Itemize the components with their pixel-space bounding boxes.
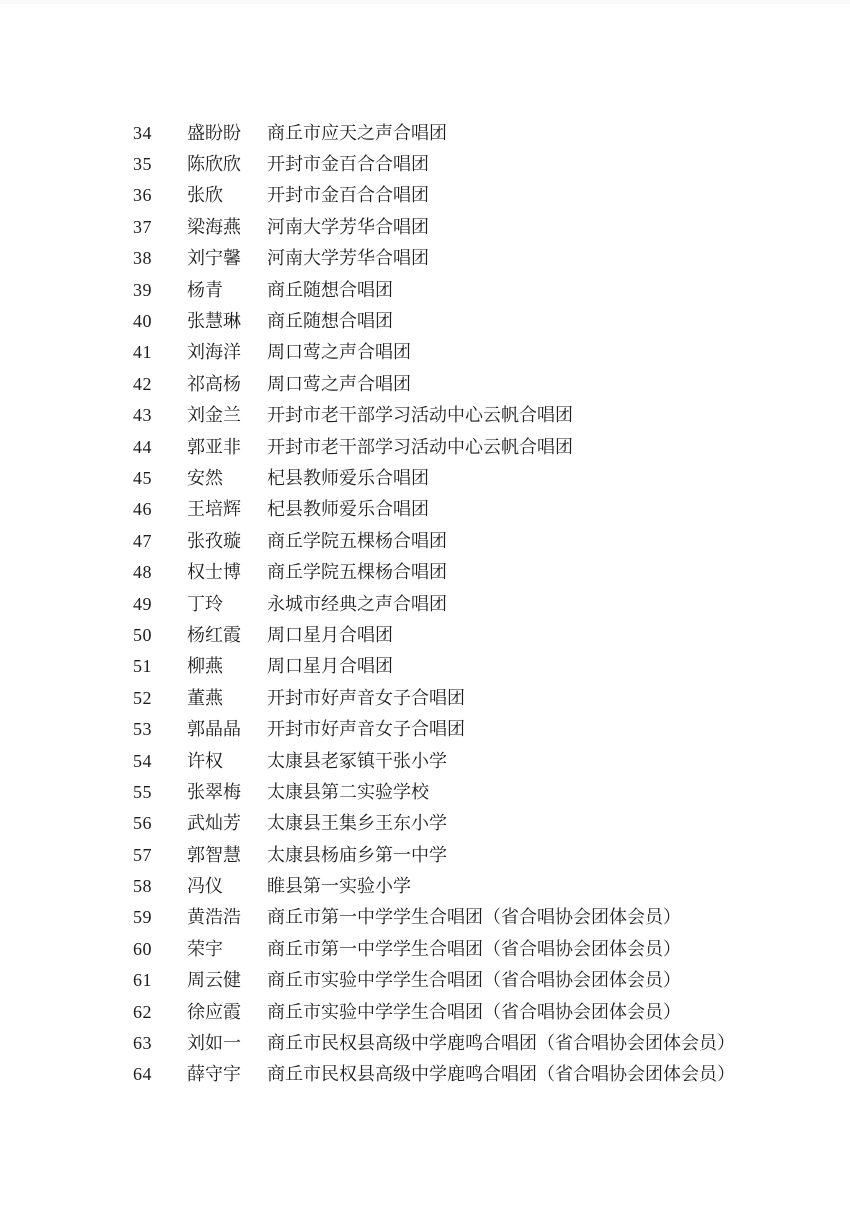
row-number: 58	[133, 877, 187, 895]
roster-row: 48 权士博 商丘学院五棵杨合唱团	[133, 556, 820, 587]
row-name: 荣宇	[187, 940, 267, 958]
roster-row: 47 张孜璇 商丘学院五棵杨合唱团	[133, 525, 820, 556]
roster-row: 59 黄浩浩 商丘市第一中学学生合唱团（省合唱协会团体会员）	[133, 902, 820, 933]
row-number: 45	[133, 469, 187, 487]
row-organization: 开封市金百合合唱团	[267, 186, 820, 204]
row-number: 41	[133, 343, 187, 361]
row-number: 51	[133, 657, 187, 675]
row-organization: 河南大学芳华合唱团	[267, 218, 820, 236]
row-number: 49	[133, 595, 187, 613]
row-organization: 开封市金百合合唱团	[267, 155, 820, 173]
document-page: 34 盛盼盼 商丘市应天之声合唱团 35 陈欣欣 开封市金百合合唱团 36 张欣…	[0, 0, 850, 1227]
row-organization: 商丘市第一中学学生合唱团（省合唱协会团体会员）	[267, 908, 820, 926]
roster-row: 36 张欣 开封市金百合合唱团	[133, 180, 820, 211]
row-number: 37	[133, 218, 187, 236]
row-name: 张慧琳	[187, 312, 267, 330]
row-organization: 商丘学院五棵杨合唱团	[267, 563, 820, 581]
row-name: 郭智慧	[187, 846, 267, 864]
row-organization: 睢县第一实验小学	[267, 877, 820, 895]
row-name: 薛守宇	[187, 1065, 267, 1083]
row-organization: 商丘随想合唱团	[267, 312, 820, 330]
roster-row: 38 刘宁馨 河南大学芳华合唱团	[133, 243, 820, 274]
row-organization: 周口莺之声合唱团	[267, 375, 820, 393]
row-organization: 河南大学芳华合唱团	[267, 249, 820, 267]
row-name: 祁高杨	[187, 375, 267, 393]
roster-row: 50 杨红霞 周口星月合唱团	[133, 619, 820, 650]
roster-list: 34 盛盼盼 商丘市应天之声合唱团 35 陈欣欣 开封市金百合合唱团 36 张欣…	[133, 117, 820, 1090]
roster-row: 57 郭智慧 太康县杨庙乡第一中学	[133, 839, 820, 870]
roster-row: 41 刘海洋 周口莺之声合唱团	[133, 337, 820, 368]
row-organization: 开封市好声音女子合唱团	[267, 689, 820, 707]
row-number: 52	[133, 689, 187, 707]
row-organization: 太康县第二实验学校	[267, 783, 820, 801]
row-number: 61	[133, 971, 187, 989]
row-organization: 太康县老冢镇干张小学	[267, 752, 820, 770]
roster-row: 39 杨青 商丘随想合唱团	[133, 274, 820, 305]
row-number: 38	[133, 249, 187, 267]
row-number: 50	[133, 626, 187, 644]
row-name: 权士博	[187, 563, 267, 581]
row-number: 56	[133, 814, 187, 832]
roster-row: 61 周云健 商丘市实验中学学生合唱团（省合唱协会团体会员）	[133, 965, 820, 996]
row-name: 冯仪	[187, 877, 267, 895]
roster-row: 56 武灿芳 太康县王集乡王东小学	[133, 808, 820, 839]
row-name: 柳燕	[187, 657, 267, 675]
roster-row: 34 盛盼盼 商丘市应天之声合唱团	[133, 117, 820, 148]
row-name: 郭晶晶	[187, 720, 267, 738]
row-organization: 商丘学院五棵杨合唱团	[267, 532, 820, 550]
row-number: 34	[133, 124, 187, 142]
roster-row: 62 徐应霞 商丘市实验中学学生合唱团（省合唱协会团体会员）	[133, 996, 820, 1027]
roster-row: 37 梁海燕 河南大学芳华合唱团	[133, 211, 820, 242]
row-number: 55	[133, 783, 187, 801]
row-organization: 杞县教师爱乐合唱团	[267, 469, 820, 487]
roster-row: 43 刘金兰 开封市老干部学习活动中心云帆合唱团	[133, 400, 820, 431]
roster-row: 49 丁玲 永城市经典之声合唱团	[133, 588, 820, 619]
row-organization: 周口星月合唱团	[267, 657, 820, 675]
row-number: 64	[133, 1065, 187, 1083]
row-number: 42	[133, 375, 187, 393]
roster-row: 54 许权 太康县老冢镇干张小学	[133, 745, 820, 776]
row-number: 39	[133, 281, 187, 299]
row-name: 刘海洋	[187, 343, 267, 361]
row-organization: 商丘市实验中学学生合唱团（省合唱协会团体会员）	[267, 1003, 820, 1021]
roster-row: 52 董燕 开封市好声音女子合唱团	[133, 682, 820, 713]
roster-row: 45 安然 杞县教师爱乐合唱团	[133, 462, 820, 493]
roster-row: 51 柳燕 周口星月合唱团	[133, 651, 820, 682]
row-name: 郭亚非	[187, 438, 267, 456]
row-name: 黄浩浩	[187, 908, 267, 926]
row-name: 张欣	[187, 186, 267, 204]
row-number: 43	[133, 406, 187, 424]
row-name: 许权	[187, 752, 267, 770]
row-name: 张孜璇	[187, 532, 267, 550]
roster-row: 44 郭亚非 开封市老干部学习活动中心云帆合唱团	[133, 431, 820, 462]
row-organization: 太康县杨庙乡第一中学	[267, 846, 820, 864]
row-organization: 周口星月合唱团	[267, 626, 820, 644]
row-organization: 开封市老干部学习活动中心云帆合唱团	[267, 438, 820, 456]
row-number: 57	[133, 846, 187, 864]
row-organization: 商丘随想合唱团	[267, 281, 820, 299]
row-number: 53	[133, 720, 187, 738]
row-name: 梁海燕	[187, 218, 267, 236]
roster-row: 60 荣宇 商丘市第一中学学生合唱团（省合唱协会团体会员）	[133, 933, 820, 964]
row-name: 武灿芳	[187, 814, 267, 832]
row-name: 刘宁馨	[187, 249, 267, 267]
row-name: 周云健	[187, 971, 267, 989]
row-name: 陈欣欣	[187, 155, 267, 173]
row-name: 王培辉	[187, 500, 267, 518]
row-organization: 周口莺之声合唱团	[267, 343, 820, 361]
row-organization: 商丘市民权县高级中学鹿鸣合唱团（省合唱协会团体会员）	[267, 1034, 820, 1052]
row-name: 张翠梅	[187, 783, 267, 801]
row-organization: 商丘市实验中学学生合唱团（省合唱协会团体会员）	[267, 971, 820, 989]
row-organization: 太康县王集乡王东小学	[267, 814, 820, 832]
row-number: 47	[133, 532, 187, 550]
row-organization: 开封市好声音女子合唱团	[267, 720, 820, 738]
row-name: 刘如一	[187, 1034, 267, 1052]
row-name: 杨红霞	[187, 626, 267, 644]
row-number: 46	[133, 500, 187, 518]
row-name: 丁玲	[187, 595, 267, 613]
roster-row: 53 郭晶晶 开封市好声音女子合唱团	[133, 713, 820, 744]
row-organization: 商丘市应天之声合唱团	[267, 124, 820, 142]
roster-row: 63 刘如一 商丘市民权县高级中学鹿鸣合唱团（省合唱协会团体会员）	[133, 1027, 820, 1058]
row-organization: 永城市经典之声合唱团	[267, 595, 820, 613]
row-name: 徐应霞	[187, 1003, 267, 1021]
row-number: 62	[133, 1003, 187, 1021]
row-name: 杨青	[187, 281, 267, 299]
row-number: 36	[133, 186, 187, 204]
roster-row: 58 冯仪 睢县第一实验小学	[133, 870, 820, 901]
row-number: 40	[133, 312, 187, 330]
row-number: 54	[133, 752, 187, 770]
row-organization: 商丘市第一中学学生合唱团（省合唱协会团体会员）	[267, 940, 820, 958]
row-number: 44	[133, 438, 187, 456]
roster-row: 46 王培辉 杞县教师爱乐合唱团	[133, 494, 820, 525]
roster-row: 35 陈欣欣 开封市金百合合唱团	[133, 148, 820, 179]
page-top-edge	[0, 0, 850, 4]
row-organization: 开封市老干部学习活动中心云帆合唱团	[267, 406, 820, 424]
roster-row: 40 张慧琳 商丘随想合唱团	[133, 305, 820, 336]
roster-row: 42 祁高杨 周口莺之声合唱团	[133, 368, 820, 399]
row-organization: 商丘市民权县高级中学鹿鸣合唱团（省合唱协会团体会员）	[267, 1065, 820, 1083]
row-number: 59	[133, 908, 187, 926]
row-name: 董燕	[187, 689, 267, 707]
row-number: 60	[133, 940, 187, 958]
row-number: 48	[133, 563, 187, 581]
row-number: 35	[133, 155, 187, 173]
roster-row: 64 薛守宇 商丘市民权县高级中学鹿鸣合唱团（省合唱协会团体会员）	[133, 1059, 820, 1090]
row-name: 安然	[187, 469, 267, 487]
row-organization: 杞县教师爱乐合唱团	[267, 500, 820, 518]
row-number: 63	[133, 1034, 187, 1052]
roster-row: 55 张翠梅 太康县第二实验学校	[133, 776, 820, 807]
row-name: 盛盼盼	[187, 124, 267, 142]
row-name: 刘金兰	[187, 406, 267, 424]
